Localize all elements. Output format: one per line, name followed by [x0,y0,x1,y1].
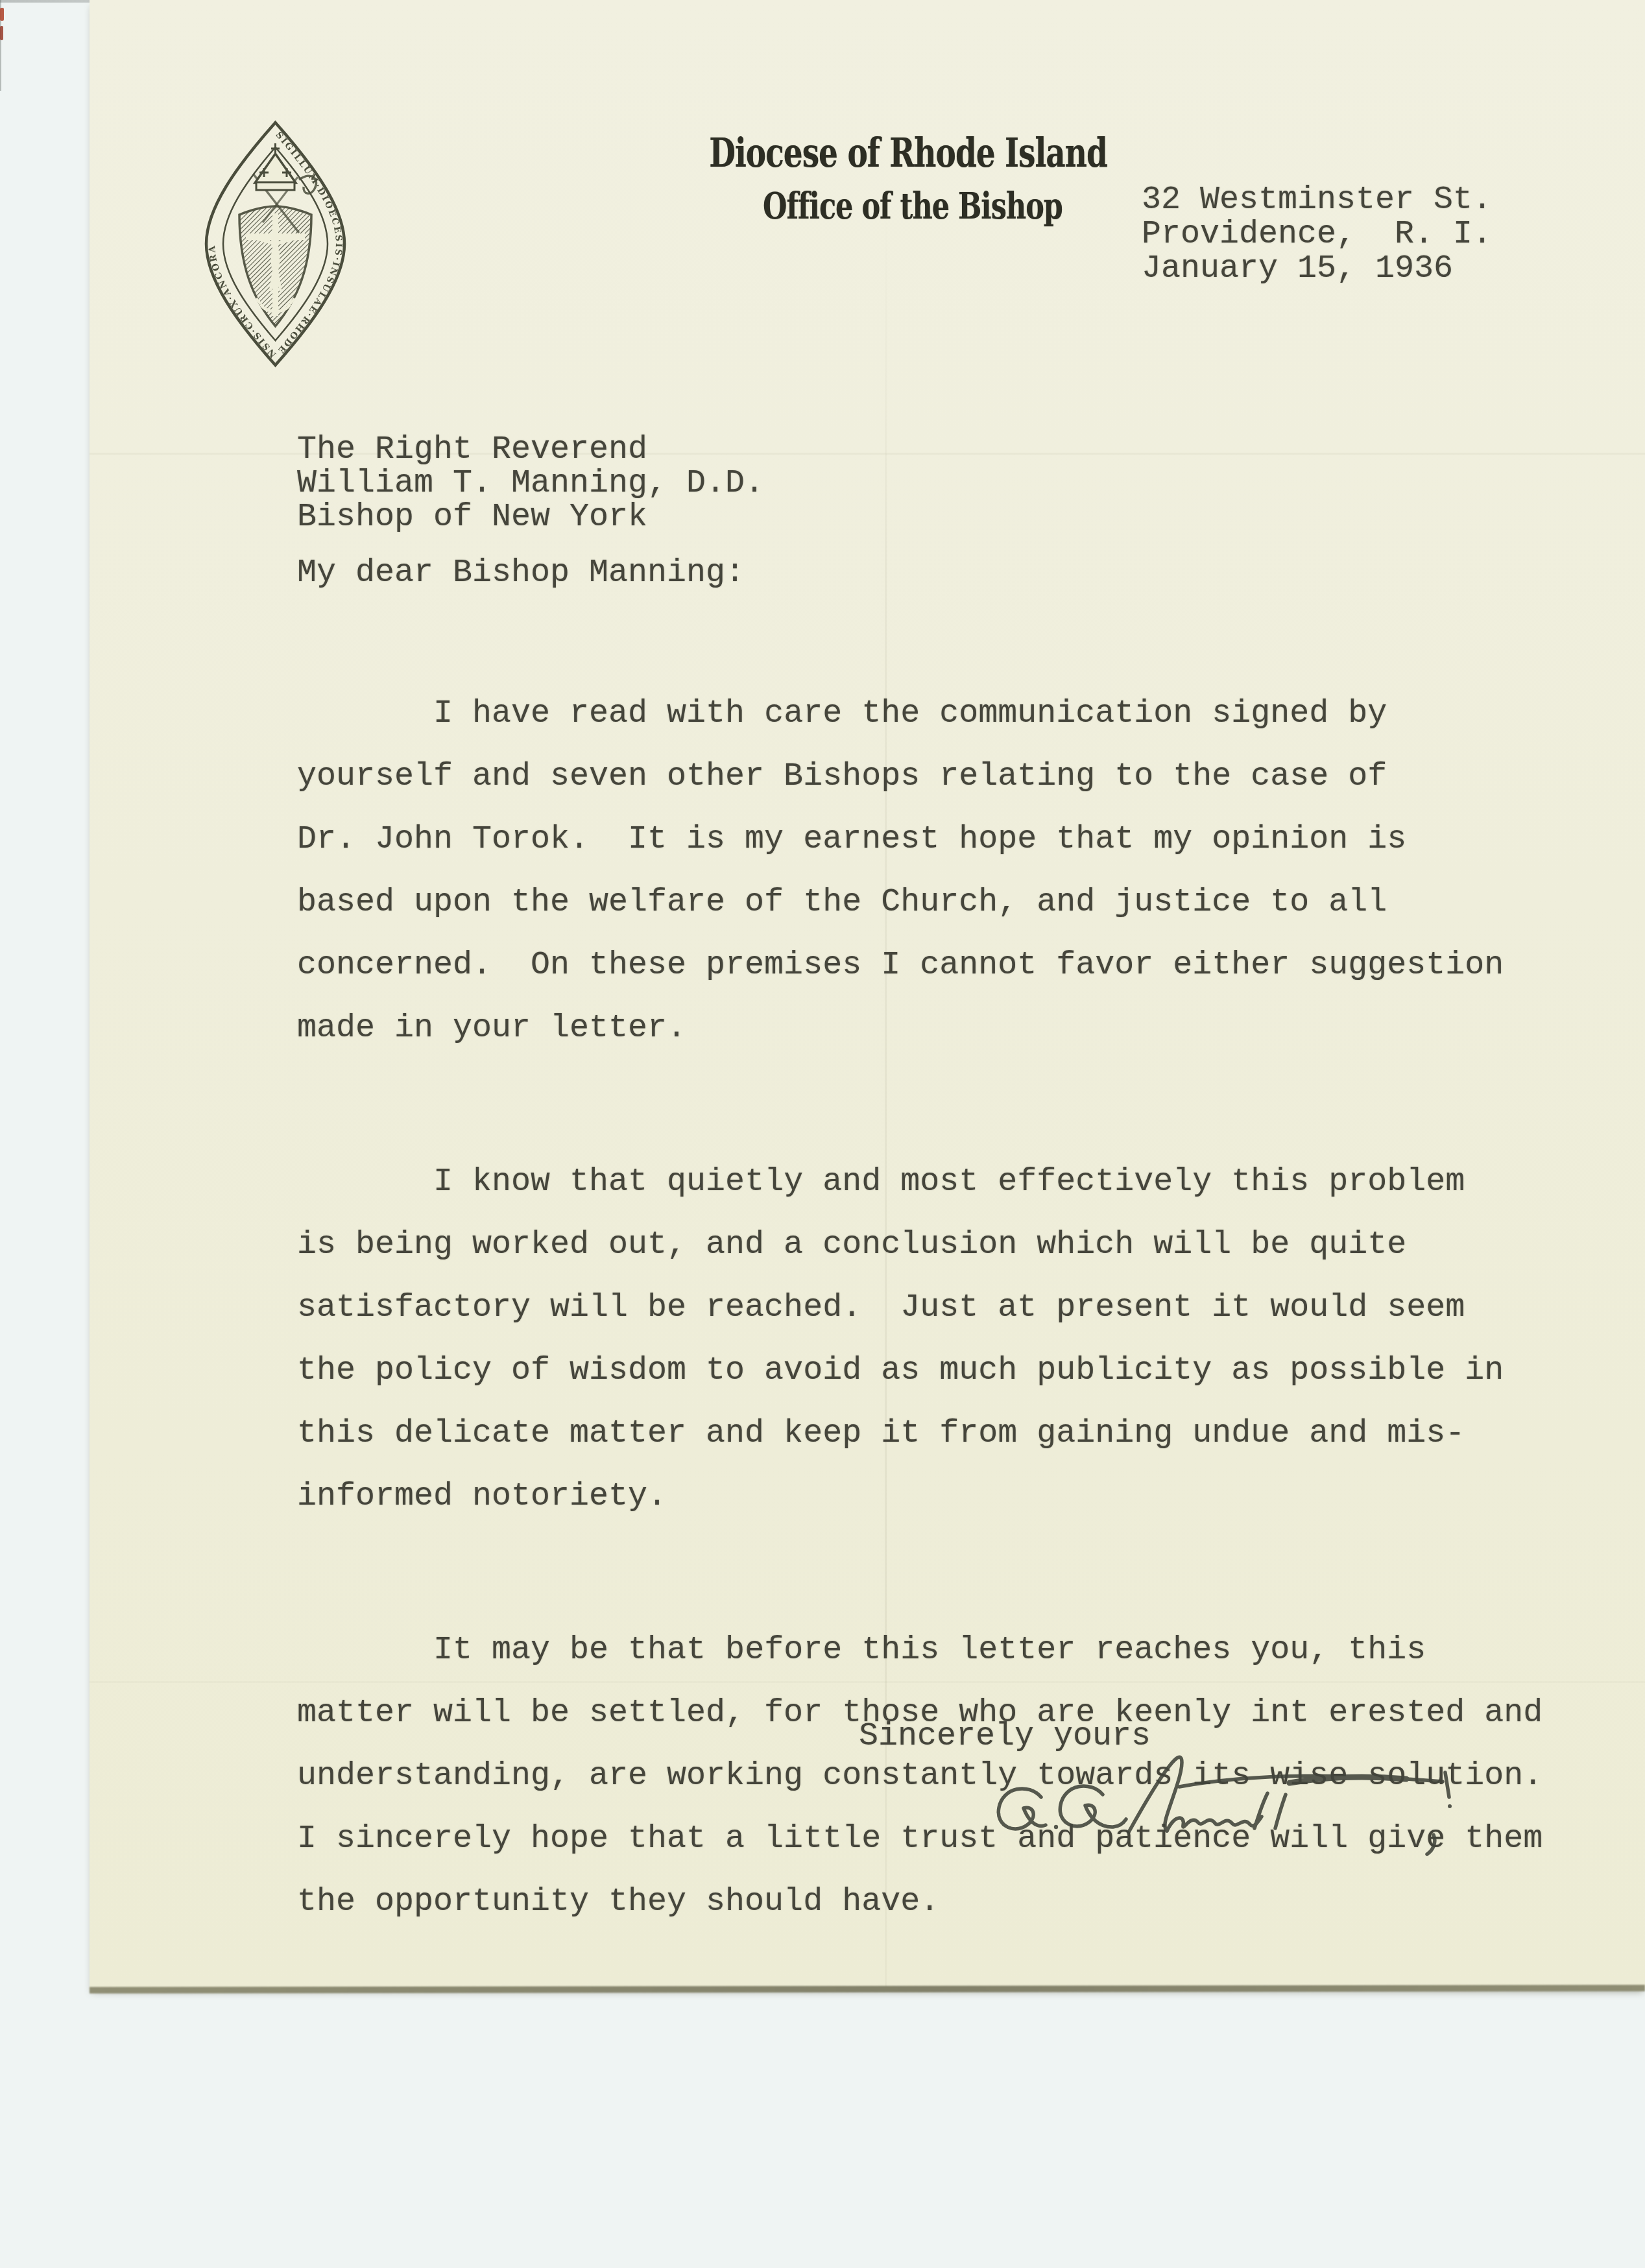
scanned-letter-page: SIGILLUM·DIOECESIS·INSULAE·RHODENSIS·CRU… [0,0,1645,2268]
body-paragraph-2: I know that quietly and most effectively… [297,1151,1620,1528]
salutation-line: My dear Bishop Manning: [297,556,745,590]
letterhead-address-date: 32 Westminster St. Providence, R. I. Jan… [1142,183,1492,286]
scan-edge-red-mark [0,8,4,21]
recipient-address-block: The Right Reverend William T. Manning, D… [297,433,764,534]
scan-edge-red-mark [0,26,3,40]
letter-paper: SIGILLUM·DIOECESIS·INSULAE·RHODENSIS·CRU… [90,0,1645,1990]
diocese-seal-icon: SIGILLUM·DIOECESIS·INSULAE·RHODENSIS·CRU… [200,117,350,370]
signature: G. G. Bennett [952,1747,1497,1876]
letterhead-org-name: Diocese of Rhode Island [389,130,1427,177]
body-paragraph-1: I have read with care the communication … [297,682,1620,1060]
signature-handwriting-icon [952,1747,1497,1876]
